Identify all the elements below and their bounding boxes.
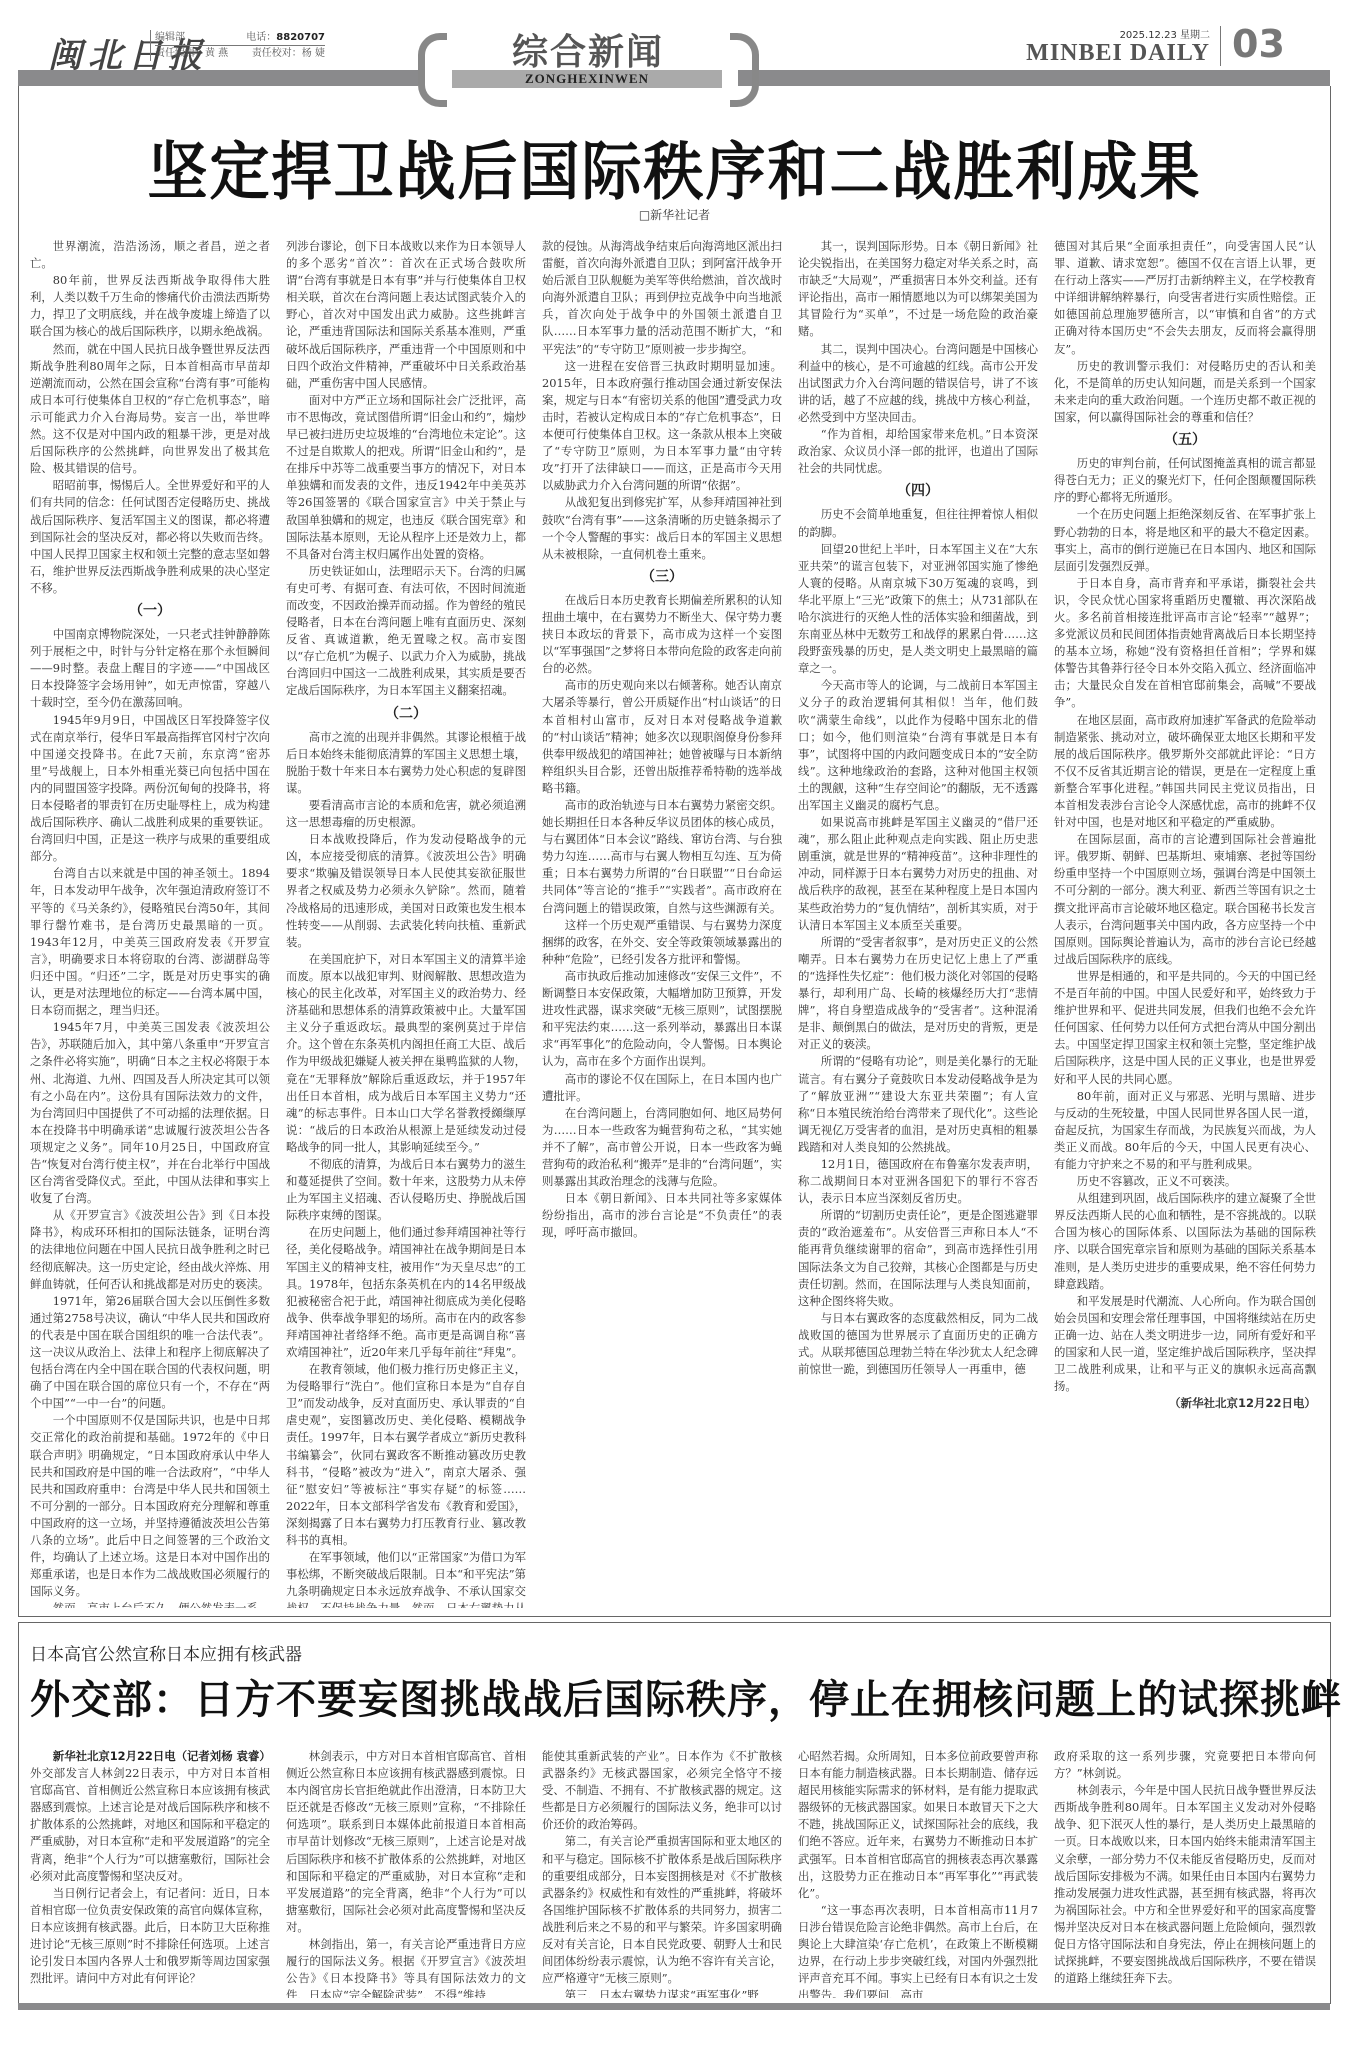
- body-paragraph: 在战后日本历史教育长期偏差所累积的认知扭曲土壤中，在右翼势力不断坐大、保守势力裹…: [542, 592, 782, 677]
- body-paragraph: “这一事态再次表明，日本首相高市11月7日涉台错误危险言论绝非偶然。高市上台后，…: [798, 1902, 1038, 1998]
- body-paragraph: 要看清高市言论的本质和危害，就必须追溯这一思想毒瘤的历史根源。: [286, 797, 526, 831]
- article2-column-4: 心昭然若揭。众所周知，日本多位前政要曾声称日本有能力制造核武器。日本长期制造、储…: [798, 1748, 1038, 1998]
- body-paragraph: 历史的教训警示我们：对侵略历史的否认和美化，不是简单的历史认知问题，而是关系到一…: [1054, 358, 1316, 426]
- body-paragraph: 昭昭前事，惕惕后人。全世界爱好和平的人们有共同的信念：任何试图否定侵略历史、挑战…: [30, 477, 270, 597]
- body-paragraph: 如果说高市挑衅是军国主义幽灵的“借尸还魂”，那么阻止此种观点走向实践、阻止历史悲…: [798, 814, 1038, 934]
- lead-dateline: 新华社北京12月22日电（记者刘杨 袁睿）: [53, 1749, 270, 1763]
- body-paragraph: 世界潮流，浩浩汤汤，顺之者昌，逆之者亡。: [30, 238, 270, 272]
- article1-column-2: 列涉台谬论，创下日本战败以来作为日本领导人的多个恶劣“首次”：首次在正式场合鼓吹…: [286, 238, 526, 1608]
- body-paragraph: 和平发展是时代潮流、人心所向。作为联合国创始会员国和安理会常任理事国，中国将继续…: [1054, 1293, 1316, 1396]
- body-paragraph: 在军事领域，他们以“正常国家”为借口为军事松绑，不断突破战后限制。日本“和平宪法…: [286, 1549, 526, 1608]
- dept-label: 编辑部: [155, 30, 185, 45]
- section-heading: （二）: [286, 706, 526, 723]
- body-paragraph: 1945年9月9日，中国战区日军投降签字仪式在南京举行，侵华日军最高指挥官冈村宁…: [30, 712, 270, 866]
- body-paragraph: 高市的历史观向来以右倾著称。她否认南京大屠杀等暴行，曾公开质疑作出“村山谈话”的…: [542, 677, 782, 797]
- body-paragraph: 其一，误判国际形势。日本《朝日新闻》社论尖锐指出，在美国努力稳定对华关系之时，高…: [798, 238, 1038, 341]
- body-paragraph: 从组建到巩固，战后国际秩序的建立凝聚了全世界反法西斯人民的心血和牺牲，是不容挑战…: [1054, 1190, 1316, 1293]
- section-heading: （五）: [1054, 432, 1316, 449]
- body-paragraph: 回望20世纪上半叶，日本军国主义在“大东亚共荣”的谎言包装下，对亚洲邻国实施了惨…: [798, 541, 1038, 678]
- body-paragraph: 历史铁证如山，法理昭示天下。台湾的归属有史可考、有据可查、有法可依，不因时间流逝…: [286, 563, 526, 700]
- body-paragraph: 其二，误判中国决心。台湾问题是中国核心利益中的核心，是不可逾越的红线。高市公开发…: [798, 341, 1038, 426]
- article1-byline: □新华社记者: [20, 206, 1329, 223]
- article2-column-3: 能使其重新武装的产业”。日本作为《不扩散核武器条约》无核武器国家，必须完全恪守不…: [542, 1748, 782, 1998]
- paper-english-name: MINBEI DAILY: [958, 40, 1210, 67]
- body-paragraph: 1945年7月，中美英三国发表《波茨坦公告》，苏联随后加入，其中第八条重申“开罗…: [30, 1019, 270, 1207]
- dateline: （新华社北京12月22日电）: [1054, 1395, 1316, 1412]
- body-paragraph: 款的侵蚀。从海湾战争结束后向海湾地区派出扫雷艇，首次向海外派遣自卫队；到阿富汗战…: [542, 238, 782, 358]
- article1-column-1: 世界潮流，浩浩汤汤，顺之者昌，逆之者亡。80年前，世界反法西斯战争取得伟大胜利，…: [30, 238, 270, 1608]
- article2-column-2: 林剑表示，中方对日本首相官邸高官、首相侧近公然宣称日本应该拥有核武器感到震惊。日…: [286, 1748, 526, 1998]
- body-paragraph: 从《开罗宣言》《波茨坦公告》到《日本投降书》，构成环环相扣的国际法链条，证明台湾…: [30, 1207, 270, 1292]
- body-paragraph: 政府采取的这一系列步骤，究竟要把日本带向何方？”林剑说。: [1054, 1748, 1316, 1782]
- body-paragraph: 在历史问题上，他们通过参拜靖国神社等行径，美化侵略战争。靖国神社在战争期间是日本…: [286, 1224, 526, 1361]
- body-paragraph: 80年前，面对正义与邪恶、光明与黑暗、进步与反动的生死较量，中国人民同世界各国人…: [1054, 1088, 1316, 1173]
- body-paragraph: 日本《朝日新闻》、日本共同社等多家媒体纷纷指出，高市的涉台言论是“不负责任”的表…: [542, 1190, 782, 1241]
- body-paragraph: 日本战败投降后，作为发动侵略战争的元凶，本应接受彻底的清算。《波茨坦公告》明确要…: [286, 831, 526, 951]
- body-paragraph: 历史不容篡改，正义不可亵渎。: [1054, 1173, 1316, 1190]
- body-paragraph: 林剑表示，今年是中国人民抗日战争暨世界反法西斯战争胜利80周年。日本军国主义发动…: [1054, 1782, 1316, 1987]
- body-paragraph: “作为首相，却给国家带来危机。”日本资深政治家、众议员小泽一郎的批评，也道出了国…: [798, 426, 1038, 477]
- body-paragraph: 当日例行记者会上，有记者问：近日，日本首相官邸一位负责安保政策的高官向媒体宣称，…: [30, 1885, 270, 1988]
- header-rule-right: [738, 70, 1330, 86]
- body-paragraph: 高市之流的出现并非偶然。其谬论根植于战后日本始终未能彻底清算的军国主义思想土壤，…: [286, 729, 526, 797]
- body-paragraph: 历史不会简单地重复，但往往押着惊人相似的韵脚。: [798, 506, 1038, 540]
- article2-column-5: 政府采取的这一系列步骤，究竟要把日本带向何方？”林剑说。林剑表示，今年是中国人民…: [1054, 1748, 1316, 1998]
- body-paragraph: 能使其重新武装的产业”。日本作为《不扩散核武器条约》无核武器国家，必须完全恪守不…: [542, 1748, 782, 1833]
- footer-rule: [18, 2003, 1330, 2010]
- body-paragraph: 高市的政治轨迹与日本右翼势力紧密交织。她长期担任日本各种反华议员团体的核心成员，…: [542, 797, 782, 917]
- article2-headline: 外交部：日方不要妄图挑战战后国际秩序，停止在拥核问题上的试探挑衅: [30, 1668, 1320, 1725]
- body-paragraph: 心昭然若揭。众所周知，日本多位前政要曾声称日本有能力制造核武器。日本长期制造、储…: [798, 1748, 1038, 1902]
- body-paragraph: 所谓的“受害者叙事”，是对历史正义的公然嘲弄。日本右翼势力在历史记忆上患上了严重…: [798, 934, 1038, 1054]
- body-paragraph: 80年前，世界反法西斯战争取得伟大胜利，人类以数千万生命的惨痛代价击溃法西斯势力…: [30, 272, 270, 340]
- body-paragraph: 林剑指出，第一，有关言论严重违背日方应履行的国际法义务。根据《开罗宣言》《波茨坦…: [286, 1936, 526, 1998]
- body-paragraph: 在国际层面，高市的言论遭到国际社会普遍批评。俄罗斯、朝鲜、巴基斯坦、柬埔寨、老挝…: [1054, 831, 1316, 968]
- article1-column-5: 德国对其后果“全面承担责任”，向受害国人民“认罪、道歉、请求宽恕”。德国不仅在言…: [1054, 238, 1316, 1608]
- body-paragraph: 第二，有关言论严重损害国际和亚太地区的和平与稳定。国际核不扩散体系是战后国际秩序…: [542, 1833, 782, 1987]
- body-paragraph: 高市执政后推动加速修改“安保三文件”，不断调整日本安保政策，大幅增加防卫预算，开…: [542, 968, 782, 1071]
- body-paragraph: 在台湾问题上，台湾同胞如何、地区局势何为……日本一些政客为蝇营狗苟之私，“其实她…: [542, 1105, 782, 1190]
- section-heading: （四）: [798, 483, 1038, 500]
- article2-column-1: 新华社北京12月22日电（记者刘杨 袁睿）外交部发言人林剑22日表示，中方对日本…: [30, 1748, 270, 1998]
- phone-number: 8820707: [276, 32, 325, 43]
- body-paragraph: 于日本自身，高市背弃和平承诺，撕裂社会共识，令民众忧心国家将重蹈历史覆辙、再次深…: [1054, 575, 1316, 712]
- article1-column-4: 其一，误判国际形势。日本《朝日新闻》社论尖锐指出，在美国努力稳定对华关系之时，高…: [798, 238, 1038, 1608]
- body-paragraph: 列涉台谬论，创下日本战败以来作为日本领导人的多个恶劣“首次”：首次在正式场合鼓吹…: [286, 238, 526, 392]
- body-paragraph: 这一进程在安倍晋三执政时期明显加速。2015年，日本政府强行推动国会通过新安保法…: [542, 358, 782, 495]
- page-number: 03: [1232, 22, 1285, 66]
- body-paragraph: 历史的审判台前，任何试图掩盖真相的谎言都显得苍白无力；正义的聚光灯下，任何企图颠…: [1054, 455, 1316, 506]
- body-paragraph: 中国南京博物院深处，一只老式挂钟静静陈列于展柜之中，时针与分针定格在那个永恒瞬间…: [30, 626, 270, 711]
- body-paragraph: 在美国庇护下，对日本军国主义的清算半途而废。原本以战犯审判、财阀解散、思想改造为…: [286, 951, 526, 1156]
- body-paragraph: 台湾自古以来就是中国的神圣领土。1894年，日本发动甲午战争，次年强迫清政府签订…: [30, 865, 270, 1019]
- body-paragraph: 一个在历史问题上拒绝深刻反省、在军事扩张上野心勃勃的日本，将是地区和平的最大不稳…: [1054, 506, 1316, 574]
- body-paragraph: 第三，日本右翼势力谋求“再军事化”野: [542, 1987, 782, 1998]
- article1-headline: 坚定捍卫战后国际秩序和二战胜利成果: [20, 122, 1329, 212]
- body-paragraph: 所谓的“侵略有功论”，则是美化暴行的无耻谎言。有右翼分子竟鼓吹日本发动侵略战争是…: [798, 1053, 1038, 1156]
- body-paragraph: 与日本右翼政客的态度截然相反，同为二战战败国的德国为世界展示了直面历史的正确方式…: [798, 1310, 1038, 1378]
- body-paragraph: 面对中方严正立场和国际社会广泛批评，高市不思悔改，竟试图借所谓“旧金山和约”，煽…: [286, 392, 526, 563]
- lead-text: 外交部发言人林剑22日表示，中方对日本首相官邸高官、首相侧近公然宣称日本应该拥有…: [30, 1766, 270, 1883]
- body-paragraph: 然而，高市上台后不久，便公然发表一系: [30, 1600, 270, 1608]
- section-heading: （一）: [30, 603, 270, 620]
- lead-paragraph: 新华社北京12月22日电（记者刘杨 袁睿）外交部发言人林剑22日表示，中方对日本…: [30, 1748, 270, 1885]
- body-paragraph: 这样一个历史观严重错误、与右翼势力深度捆绑的政客，在外交、安全等政策领域暴露出的…: [542, 917, 782, 968]
- body-paragraph: 然而，就在中国人民抗日战争暨世界反法西斯战争胜利80周年之际，日本首相高市早苗却…: [30, 341, 270, 478]
- body-paragraph: 不彻底的清算，为战后日本右翼势力的滋生和蔓延提供了空间。数十年来，这股势力从未停…: [286, 1156, 526, 1224]
- body-paragraph: 林剑表示，中方对日本首相官邸高官、首相侧近公然宣称日本应该拥有核武器感到震惊。日…: [286, 1748, 526, 1936]
- body-paragraph: 世界是相通的，和平是共同的。今天的中国已经不是百年前的中国。中国人民爱好和平，始…: [1054, 968, 1316, 1088]
- body-paragraph: 所谓的“切割历史责任论”，更是企图逃避罪责的“政治遮羞布”。从安倍晋三声称日本人…: [798, 1207, 1038, 1310]
- body-paragraph: 德国对其后果“全面承担责任”，向受害国人民“认罪、道歉、请求宽恕”。德国不仅在言…: [1054, 238, 1316, 358]
- body-paragraph: 12月1日，德国政府在布鲁塞尔发表声明，称二战期间日本对亚洲各国犯下的罪行不容否…: [798, 1156, 1038, 1207]
- responsible-proofreader: 责任校对：杨 婕: [252, 46, 325, 61]
- issue-date: 2025.12.23 星期二: [1000, 26, 1210, 41]
- header-rule-left: [18, 70, 418, 86]
- body-paragraph: 在教育领域，他们极力推行历史修正主义，为侵略罪行“洗白”。他们宣称日本是为“自存…: [286, 1361, 526, 1549]
- body-paragraph: 今天高市等人的论调，与二战前日本军国主义分子的政治逻辑何其相似！当年，他们鼓吹“…: [798, 677, 1038, 814]
- article1-column-3: 款的侵蚀。从海湾战争结束后向海湾地区派出扫雷艇，首次向海外派遣自卫队；到阿富汗战…: [542, 238, 782, 1608]
- body-paragraph: 高市的谬论不仅在国际上，在日本国内也广遭批评。: [542, 1071, 782, 1105]
- body-paragraph: 在地区层面，高市政府加速扩军备武的危险举动制造紧张、挑动对立，破坏确保亚太地区长…: [1054, 712, 1316, 832]
- section-title: 综合新闻: [448, 24, 728, 75]
- section-heading: （三）: [542, 569, 782, 586]
- editorial-info: 编辑部 电话：8820707 责任编辑：黄 燕 责任校对：杨 婕: [150, 30, 325, 61]
- article2-kicker: 日本高官公然宣称日本应拥有核武器: [30, 1640, 302, 1665]
- body-paragraph: 1971年，第26届联合国大会以压倒性多数通过第2758号决议，确认“中华人民共…: [30, 1293, 270, 1413]
- phone-label: 电话：: [246, 32, 276, 43]
- body-paragraph: 从战犯复出到修宪扩军，从参拜靖国神社到鼓吹“台湾有事”——这条清晰的历史链条揭示…: [542, 494, 782, 562]
- body-paragraph: 一个中国原则不仅是国际共识，也是中日邦交正常化的政治前提和基础。1972年的《中…: [30, 1412, 270, 1600]
- page-number-divider: [1220, 26, 1221, 66]
- responsible-editor: 责任编辑：黄 燕: [155, 46, 228, 61]
